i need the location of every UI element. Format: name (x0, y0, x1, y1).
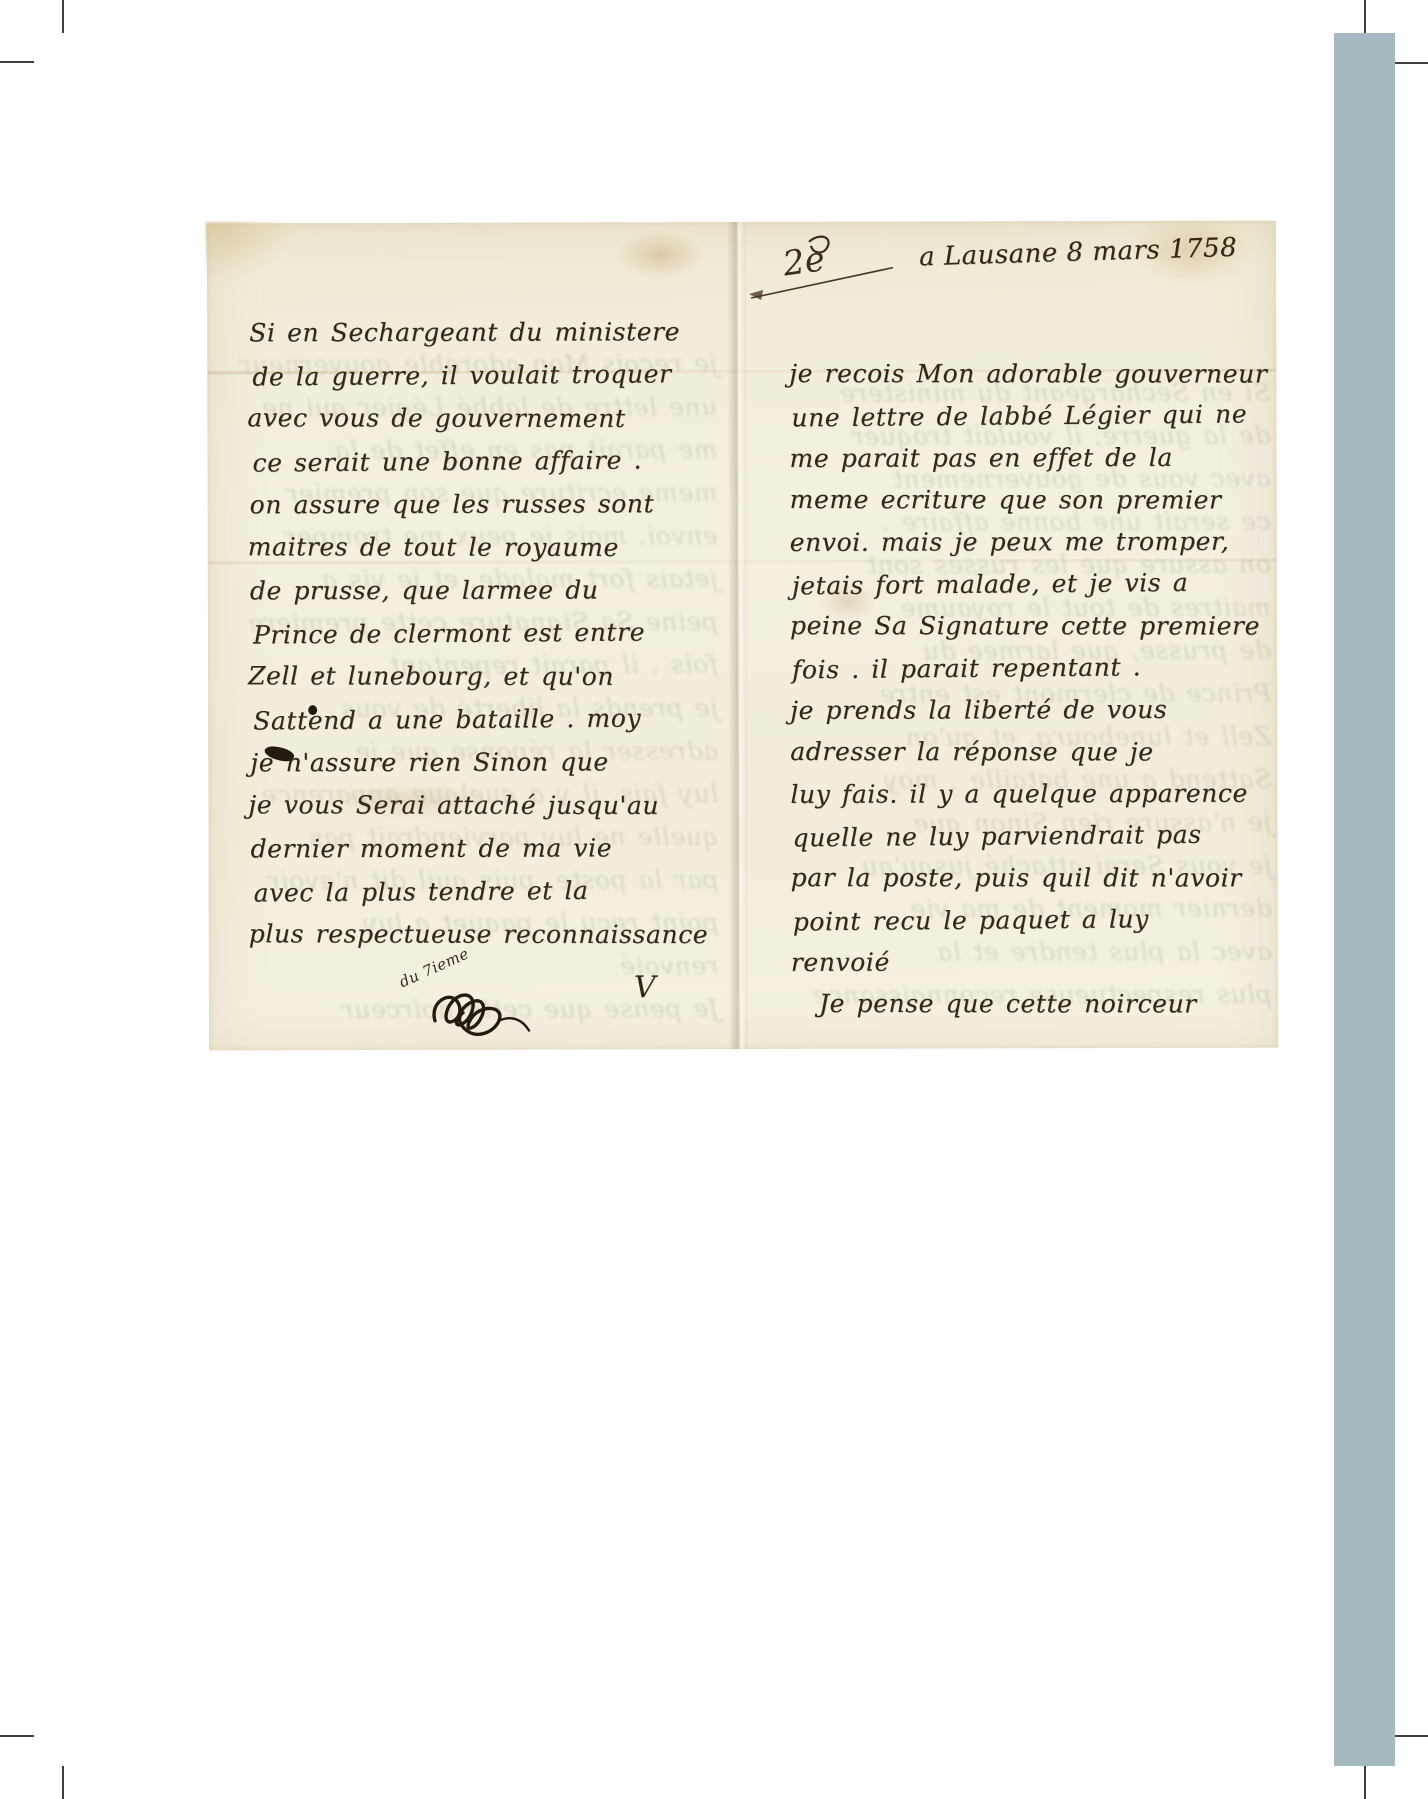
handwritten-line: Zell et lunebourg, et qu'on (248, 654, 728, 698)
handwritten-line: dernier moment de ma vie (251, 826, 731, 870)
crop-mark-top-left-horizontal (0, 61, 34, 63)
crop-mark-bottom-left-vertical (62, 1766, 64, 1799)
handwritten-line: je vous Serai attaché jusqu'au (248, 783, 728, 827)
crop-mark-top-left-vertical (62, 0, 64, 33)
crop-mark-bottom-left-horizontal (0, 1735, 34, 1737)
letter-scan: 2e je recois Mon adorable gouverneurune … (207, 221, 1278, 1051)
handwritten-line: Sattend a une bataille . moy (253, 696, 733, 743)
folio-flourish (747, 228, 897, 318)
accent-bar (1334, 33, 1395, 1766)
handwritten-line: avec vous de gouvernement (247, 396, 727, 440)
handwritten-line: je n'assure rien Sinon que (250, 740, 730, 784)
handwritten-line: point recu le paquet a luy (793, 897, 1281, 943)
handwritten-line: on assure que les russes sont (250, 482, 730, 526)
folio-mark: 2e (747, 228, 897, 318)
handwritten-line: me parait pas en effet de la (789, 437, 1277, 480)
crop-mark-bottom-right-horizontal (1394, 1735, 1428, 1737)
handwritten-line: de la guerre, il voulait troquer (252, 352, 732, 399)
crop-mark-bottom-right-vertical (1364, 1766, 1366, 1799)
handwritten-line: par la poste, puis quil dit n'avoir (791, 857, 1279, 899)
handwritten-line: adresser la réponse que je (790, 731, 1278, 773)
dateline: a Lausane 8 mars 1758 (919, 232, 1270, 273)
handwritten-line: je prends la liberté de vous (790, 689, 1278, 732)
ink-blot (308, 705, 317, 715)
handwritten-line: quelle ne luy parviendrait pas (792, 813, 1280, 859)
handwritten-line: Prince de clermont est entre (253, 610, 733, 657)
handwritten-line: Si en Sechargeant du ministere (249, 310, 729, 354)
paper-stain (615, 230, 705, 280)
handwritten-line: maitres de tout le royaume (248, 525, 728, 569)
signature-monogram (417, 969, 537, 1049)
handwritten-line: avec la plus tendre et la (254, 868, 734, 915)
handwritten-line: de prusse, que larmee du (250, 568, 730, 612)
handwritten-line: je recois Mon adorable gouverneur (789, 353, 1277, 395)
handwritten-line: peine Sa Signature cette premiere (790, 605, 1278, 647)
handwritten-line: Je pense que cette noirceur (819, 983, 1279, 1025)
right-page-text: je recois Mon adorable gouverneurune let… (789, 353, 1279, 1026)
handwritten-line: jetais fort malade, et je vis a (792, 561, 1280, 607)
handwritten-line: ce serait une bonne affaire . (252, 438, 732, 485)
handwritten-line: envoi. mais je peux me tromper, (790, 521, 1278, 564)
handwritten-line: une lettre de labbé Légier qui ne (791, 393, 1279, 439)
catchword: V (634, 970, 656, 1005)
crop-mark-top-right-vertical (1364, 0, 1366, 33)
handwritten-line: renvoié (791, 941, 1279, 984)
handwritten-line: meme ecriture que son premier (790, 479, 1278, 521)
paper-stain (205, 221, 295, 281)
crop-mark-top-right-horizontal (1394, 62, 1428, 64)
handwritten-line: luy fais. il y a quelque apparence (790, 773, 1278, 816)
handwritten-line: fois . il parait repentant . (792, 645, 1280, 691)
left-page-text: Si en Sechargeant du ministerede la guer… (249, 310, 731, 956)
catalog-page: 2e je recois Mon adorable gouverneurune … (0, 0, 1428, 1799)
